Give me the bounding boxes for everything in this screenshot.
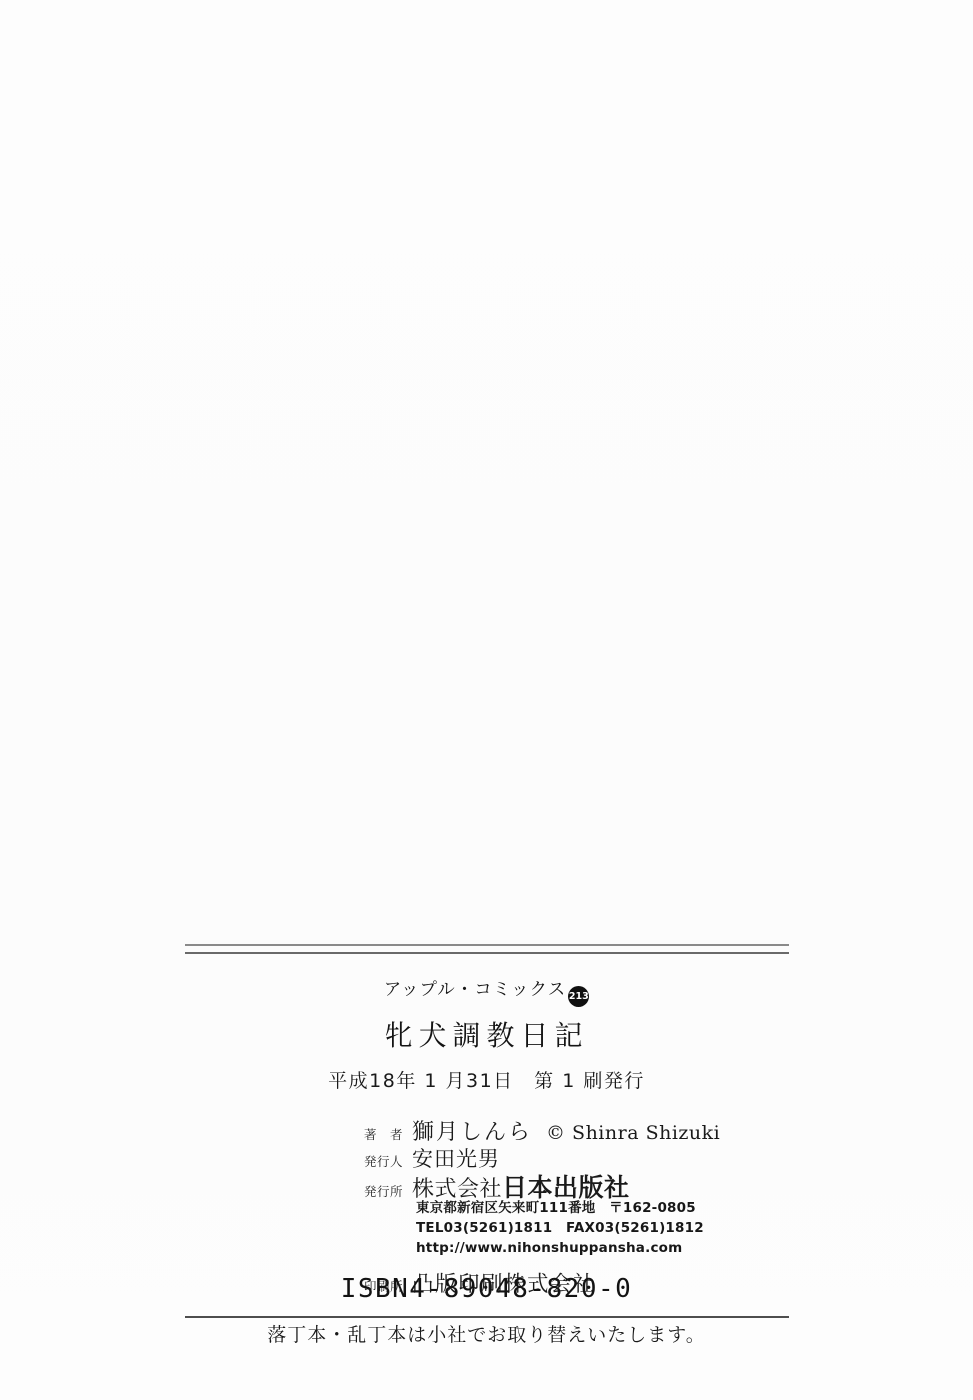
top-divider-line-2: [185, 952, 789, 954]
publisher-address: 東京都新宿区矢来町111番地 〒162-0805: [416, 1198, 720, 1218]
colophon-block: 著 者 獅月しんら © Shinra Shizuki 発行人 安田光男 発行所 …: [364, 1115, 720, 1293]
book-title: 牝犬調教日記: [0, 1014, 973, 1054]
publisher-person-label: 発行人: [364, 1152, 404, 1170]
publisher-person-row: 発行人 安田光男: [364, 1143, 720, 1168]
publisher-person-name: 安田光男: [412, 1143, 500, 1173]
series-number-badge: 213: [568, 986, 589, 1007]
defective-copy-notice: 落丁本・乱丁本は小社でお取り替えいたします。: [0, 1320, 973, 1347]
bottom-divider-line: [185, 1316, 789, 1318]
author-row: 著 者 獅月しんら © Shinra Shizuki: [364, 1115, 720, 1143]
series-line: アップル・コミックス213: [0, 976, 973, 1007]
publisher-website: http://www.nihonshuppansha.com: [416, 1238, 720, 1258]
colophon-page: アップル・コミックス213 牝犬調教日記 平成18年 1 月31日 第 1 刷発…: [0, 0, 973, 1400]
edition-date-line: 平成18年 1 月31日 第 1 刷発行: [0, 1066, 973, 1093]
author-name: 獅月しんら: [412, 1115, 532, 1146]
publisher-company-row: 発行所 株式会社 日本出版社: [364, 1168, 720, 1196]
copyright-notice: © Shinra Shizuki: [546, 1122, 720, 1144]
series-name: アップル・コミックス: [384, 980, 567, 1000]
publisher-details: 東京都新宿区矢来町111番地 〒162-0805 TEL03(5261)1811…: [416, 1198, 720, 1258]
isbn-number: ISBN4-89048-820-0: [0, 1274, 973, 1304]
publisher-phone-fax: TEL03(5261)1811 FAX03(5261)1812: [416, 1218, 720, 1238]
top-divider-line-1: [185, 944, 789, 946]
author-label: 著 者: [364, 1125, 404, 1143]
publisher-company-label: 発行所: [364, 1182, 404, 1200]
